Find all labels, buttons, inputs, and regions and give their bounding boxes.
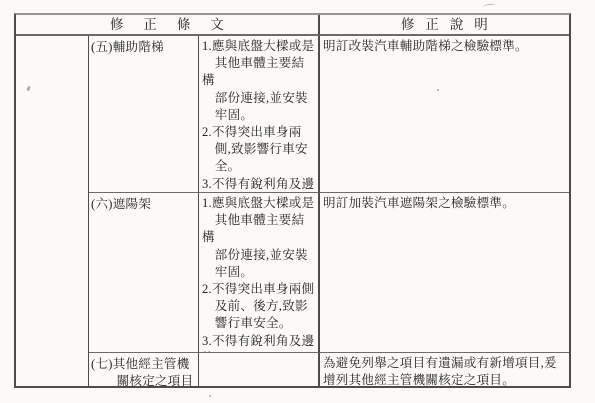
row-5-explanation: 明訂改裝汽車輔助階梯之檢驗標準。 (320, 36, 569, 192)
header-amendment-note: 修 正 說 明 (320, 15, 569, 36)
row-7-criteria (199, 352, 320, 386)
row-6-explanation: 明訂加裝汽車遮陽架之檢驗標準。 (320, 192, 569, 352)
amendment-comparison-table: 修 正 條 文 修 正 說 明 (五)輔助階梯 1.應與底盤大樑或是 其他車體主… (14, 13, 571, 388)
row-6-item-label: (六)遮陽架 (89, 192, 199, 352)
header-amendment-text: 修 正 條 文 (16, 15, 320, 36)
scan-speck (209, 395, 211, 397)
scan-speck (437, 89, 439, 91)
row-7-item-label: (七)其他經主管機 關核定之項目 (89, 352, 199, 386)
scanned-document-page: { "colors":{ "paper":"#fbfaf6", "ink":"#… (0, 0, 595, 403)
scan-speck (483, 3, 495, 9)
row-6-criteria: 1.應與底盤大樑或是 其他車體主要結構 部份連接,並安裝 牢固。 2.不得突出車… (199, 192, 320, 352)
row-5-item-label: (五)輔助階梯 (89, 36, 199, 192)
row-7-explanation: 為避免列舉之項目有遺漏或有新增項目,爰 增列其他經主管機關核定之項目。 (320, 352, 569, 386)
row-5-criteria: 1.應與底盤大樑或是 其他車體主要結構 部份連接,並安裝 牢固。 2.不得突出車… (199, 36, 320, 192)
